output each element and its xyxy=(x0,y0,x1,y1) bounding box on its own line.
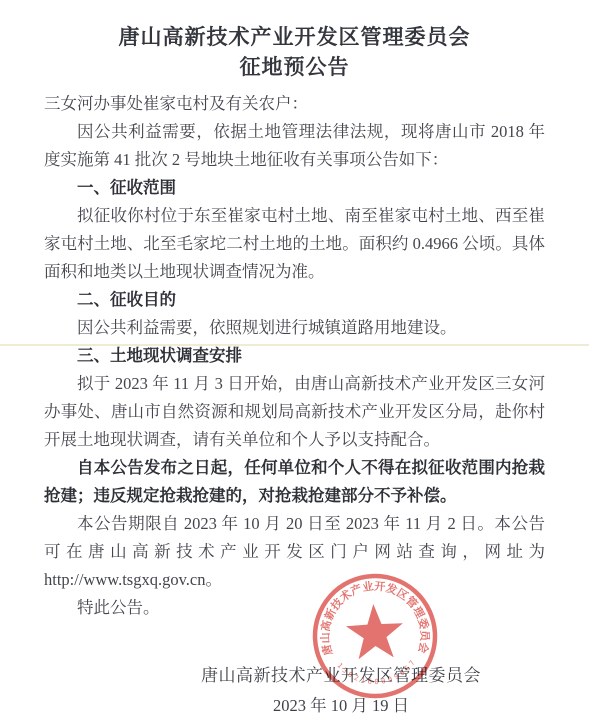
warning-paragraph: 自本公告发布之日起，任何单位和个人不得在拟征收范围内抢栽抢建；违反规定抢栽抢建的… xyxy=(44,454,545,510)
salutation: 三女河办事处崔家屯村及有关农户： xyxy=(44,90,545,118)
scan-artifact-line xyxy=(0,344,589,346)
document-title: 唐山高新技术产业开发区管理委员会 xyxy=(44,22,545,52)
signature-block: 唐山高新技术产业开发区管理委员会 2023 年 10 月 19 日 xyxy=(201,664,481,716)
section-3-body: 拟于 2023 年 11 月 3 日开始，由唐山高新技术产业开发区三女河办事处、… xyxy=(44,370,545,454)
intro-paragraph: 因公共利益需要，依据土地管理法律法规，现将唐山市 2018 年度实施第 41 批… xyxy=(44,118,545,174)
notice-document-page: 唐山高新技术产业开发区管理委员会 征地预公告 三女河办事处崔家屯村及有关农户： … xyxy=(0,0,589,716)
section-3-heading: 三、土地现状调查安排 xyxy=(44,342,545,370)
section-2-body: 因公共利益需要，依照规划进行城镇道路用地建设。 xyxy=(44,314,545,342)
section-1-body: 拟征收你村位于东至崔家屯村土地、南至崔家屯村土地、西至崔家屯村土地、北至毛家坨二… xyxy=(44,202,545,286)
section-1-heading: 一、征收范围 xyxy=(44,174,545,202)
issuer-signature: 唐山高新技术产业开发区管理委员会 xyxy=(201,664,481,688)
closing-line: 特此公告。 xyxy=(44,594,545,622)
document-subtitle: 征地预公告 xyxy=(44,52,545,82)
validity-paragraph: 本公告期限自 2023 年 10 月 20 日至 2023 年 11 月 2 日… xyxy=(44,510,545,594)
section-2-heading: 二、征收目的 xyxy=(44,286,545,314)
issue-date: 2023 年 10 月 19 日 xyxy=(201,695,481,716)
